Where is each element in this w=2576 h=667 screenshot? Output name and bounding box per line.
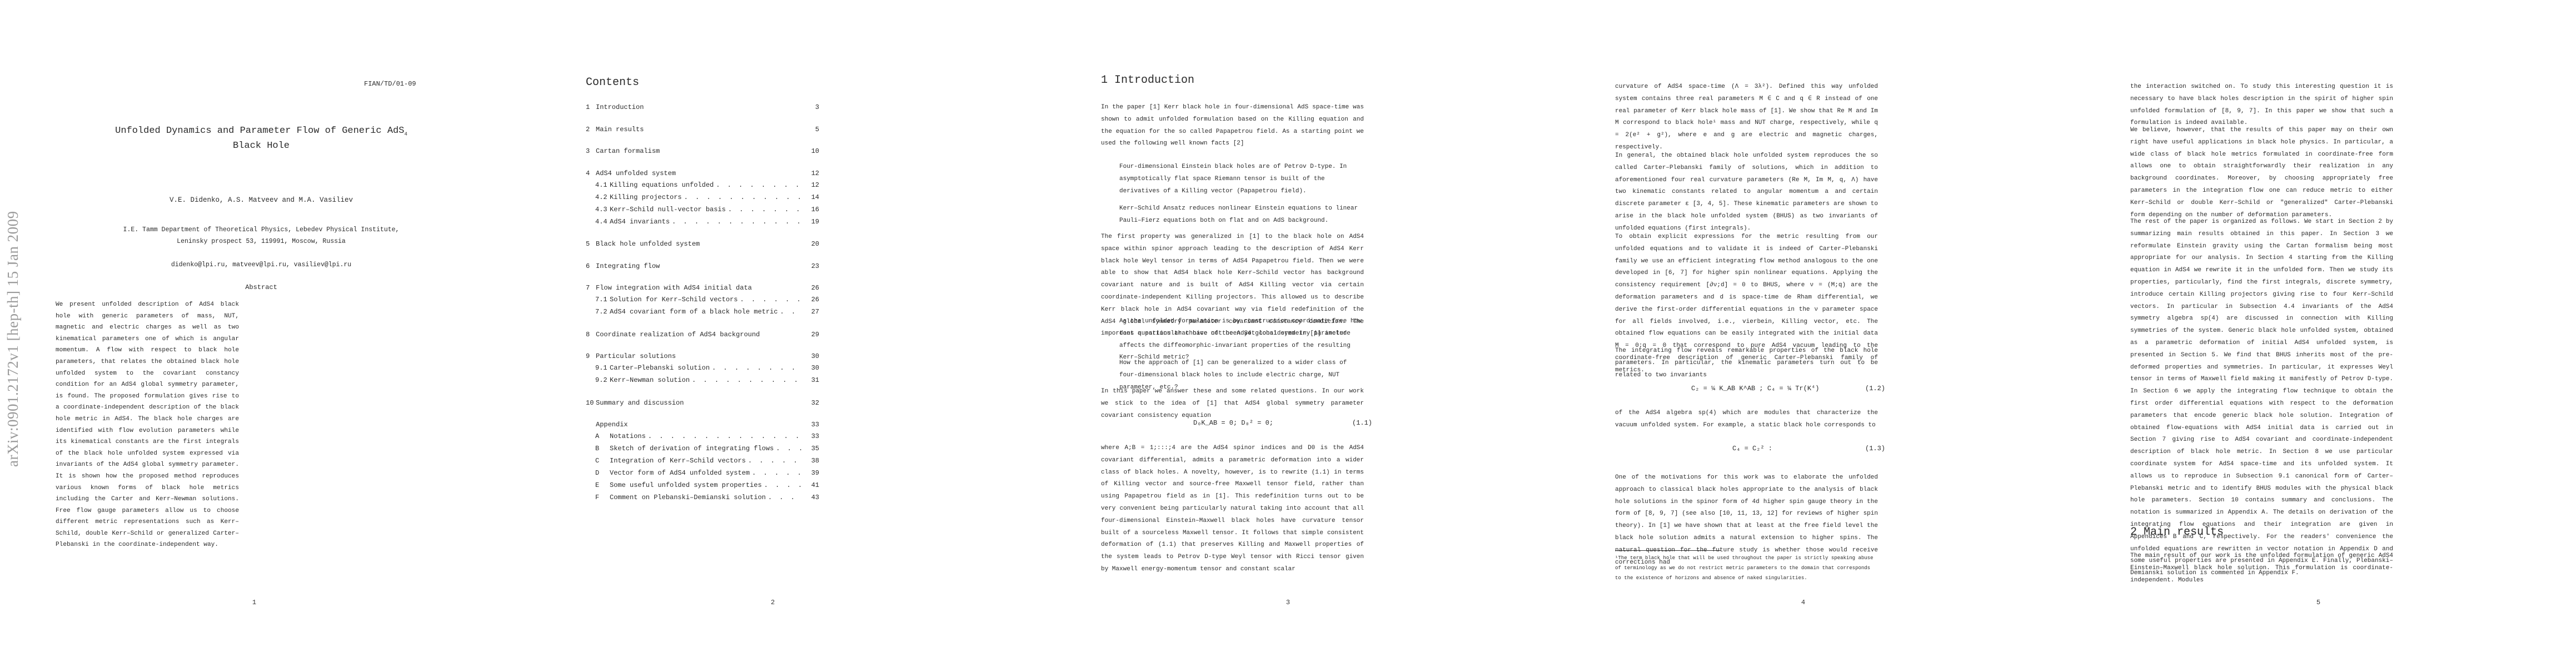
toc-subsection-label: Comment on Plebanski–Demianski solution bbox=[610, 491, 766, 504]
toc-section-entry[interactable]: 1Introduction3 bbox=[586, 102, 819, 113]
toc-subsection-number: F bbox=[595, 491, 610, 504]
toc-page-number: 43 bbox=[806, 491, 819, 504]
toc-section-label: Appendix bbox=[596, 421, 628, 429]
toc-subsection-number: A bbox=[595, 430, 610, 442]
toc-subsection-entry[interactable]: BSketch of derivation of integrating flo… bbox=[586, 442, 819, 455]
toc-section-number: 9 bbox=[586, 351, 596, 362]
quote-item: Kerr–Schild Ansatz reduces nonlinear Ein… bbox=[1119, 203, 1364, 227]
toc-leader-dots: . . . . . . . . . . . . . . . . . . . . … bbox=[780, 306, 804, 318]
toc-leader-dots: . . . . . . . . . . . . . . . . . . . . … bbox=[648, 430, 804, 442]
paragraph: The integrating flow reveals remarkable … bbox=[1615, 345, 1878, 381]
toc-page-number: 30 bbox=[806, 362, 819, 374]
toc-subsection-label: Sketch of derivation of integrating flow… bbox=[610, 442, 774, 455]
toc-page-number: 20 bbox=[806, 238, 819, 250]
equation-1-2: C₂ = ¼ K_AB K^AB ; C₄ = ¼ Tr(K⁴) bbox=[1691, 385, 1819, 392]
toc-page-number: 19 bbox=[806, 216, 819, 228]
paragraph: where A;B = 1;:::;4 are the AdS4 spinor … bbox=[1101, 442, 1364, 576]
toc-section-entry[interactable]: 7Flow integration with AdS4 initial data… bbox=[586, 282, 819, 293]
paragraph: The rest of the paper is organized as fo… bbox=[2130, 216, 2393, 580]
toc-leader-dots: . . . . . . . . . . . . . . . . . . . . … bbox=[764, 479, 804, 491]
equation-1-1: D₀K_AB = 0; D₀² = 0; bbox=[1193, 419, 1273, 427]
toc-section-number: 3 bbox=[586, 146, 596, 157]
toc-subsection-number: D bbox=[595, 467, 610, 479]
toc-subsection-entry[interactable]: 7.2AdS4 covariant form of a black hole m… bbox=[586, 306, 819, 318]
toc-leader-dots: . . . . . . . . . . . . . . . . . . . . … bbox=[728, 203, 804, 216]
footnote-rule bbox=[1615, 550, 1721, 551]
toc-section-number: 7 bbox=[586, 282, 596, 293]
title-line-1: Unfolded Dynamics and Parameter Flow of … bbox=[115, 126, 404, 136]
equation-number: (1.2) bbox=[1865, 385, 1885, 392]
toc-page-number: 12 bbox=[806, 168, 819, 179]
toc-subsection-number: E bbox=[595, 479, 610, 491]
toc-page-number: 10 bbox=[806, 146, 819, 157]
toc-subsection-number: C bbox=[595, 455, 610, 467]
title-line-2: Black Hole bbox=[233, 141, 290, 151]
affiliation-line-2: Leninsky prospect 53, 119991, Moscow, Ru… bbox=[177, 238, 346, 245]
toc-entry-title: 9Particular solutions bbox=[586, 351, 676, 362]
paragraph: In general, the obtained black hole unfo… bbox=[1615, 150, 1878, 235]
toc-entry-title: 7Flow integration with AdS4 initial data bbox=[586, 282, 752, 293]
toc-page-number: 30 bbox=[806, 351, 819, 362]
toc-leader-dots: . . . . . . . . . . . . . . . . . . . . … bbox=[712, 362, 804, 374]
toc-page-number: 27 bbox=[806, 306, 819, 318]
paragraph: In the paper [1] Kerr black hole in four… bbox=[1101, 102, 1364, 150]
toc-subsection-entry[interactable]: ANotations. . . . . . . . . . . . . . . … bbox=[586, 430, 819, 442]
page-4: curvature of AdS4 space-time (Λ = 3λ²). … bbox=[1546, 0, 2061, 667]
toc-subsection-label: Solution for Kerr–Schild vectors bbox=[610, 293, 738, 306]
equation-1-3: C₄ = C₂² : bbox=[1732, 445, 1772, 452]
toc-section-number: 8 bbox=[586, 329, 596, 340]
toc-subsection-number: 9.1 bbox=[595, 362, 610, 374]
toc-entry-title: 5Black hole unfolded system bbox=[586, 238, 700, 250]
author-emails[interactable]: didenko@lpi.ru, matveev@lpi.ru, vasiliev… bbox=[39, 261, 484, 268]
toc-subsection-entry[interactable]: 7.1Solution for Kerr–Schild vectors. . .… bbox=[586, 293, 819, 306]
toc-entry-title: 8Coordinate realization of AdS4 backgrou… bbox=[586, 329, 760, 340]
toc-leader-dots: . . . . . . . . . . . . . . . . . . . . … bbox=[748, 455, 804, 467]
toc-section-entry[interactable]: 3Cartan formalism10 bbox=[586, 146, 819, 157]
toc-subsection-entry[interactable]: 9.2Kerr–Newman solution. . . . . . . . .… bbox=[586, 374, 819, 386]
toc-section-label: Introduction bbox=[596, 103, 644, 111]
toc-leader-dots: . . . . . . . . . . . . . . . . . . . . … bbox=[776, 442, 804, 455]
paragraph: of the AdS4 algebra sp(4) which are modu… bbox=[1615, 407, 1878, 432]
toc-section-label: Main results bbox=[596, 126, 644, 133]
toc-section-entry[interactable]: 6Integrating flow23 bbox=[586, 261, 819, 272]
toc-section-entry[interactable]: 8Coordinate realization of AdS4 backgrou… bbox=[586, 329, 819, 340]
toc-subsection-label: Notations bbox=[610, 430, 646, 442]
toc-subsection-label: Carter–Plebanski solution bbox=[610, 362, 710, 374]
toc-leader-dots: . . . . . . . . . . . . . . . . . . . . … bbox=[752, 467, 804, 479]
equation-number: (1.1) bbox=[1352, 419, 1372, 427]
toc-page-number: 26 bbox=[806, 293, 819, 306]
arxiv-stamp: arXiv:0901.2172v1 [hep-th] 15 Jan 2009 bbox=[4, 211, 22, 467]
toc-page-number: 41 bbox=[806, 479, 819, 491]
page-number: 1 bbox=[0, 599, 512, 606]
toc-section-label: Black hole unfolded system bbox=[596, 240, 700, 248]
toc-entry-title: 2Main results bbox=[586, 124, 644, 135]
paragraph: curvature of AdS4 space-time (Λ = 3λ²). … bbox=[1615, 81, 1878, 154]
authors: V.E. Didenko, A.S. Matveev and M.A. Vasi… bbox=[39, 196, 484, 204]
toc-section-entry[interactable]: Appendix33 bbox=[586, 419, 819, 430]
toc-subsection-entry[interactable]: 4.4AdS4 invariants. . . . . . . . . . . … bbox=[586, 216, 819, 228]
toc-section-label: Particular solutions bbox=[596, 352, 676, 360]
toc-subsection-entry[interactable]: FComment on Plebanski–Demianski solution… bbox=[586, 491, 819, 504]
report-number: FIAN/TD/01-09 bbox=[364, 80, 416, 88]
toc-entry-title: 1Introduction bbox=[586, 102, 644, 113]
toc-subsection-number: 4.2 bbox=[595, 191, 610, 203]
toc-page-number: 35 bbox=[806, 442, 819, 455]
toc-section-number: 4 bbox=[586, 168, 596, 179]
equation-number: (1.3) bbox=[1865, 445, 1885, 452]
table-of-contents: 1Introduction32Main results53Cartan form… bbox=[586, 102, 819, 504]
toc-subsection-entry[interactable]: 4.2Killing projectors. . . . . . . . . .… bbox=[586, 191, 819, 203]
toc-page-number: 39 bbox=[806, 467, 819, 479]
toc-page-number: 29 bbox=[806, 329, 819, 340]
toc-page-number: 12 bbox=[806, 179, 819, 191]
toc-page-number: 33 bbox=[806, 430, 819, 442]
page-5: the interaction switched on. To study th… bbox=[2061, 0, 2576, 667]
toc-section-label: Coordinate realization of AdS4 backgroun… bbox=[596, 331, 760, 339]
toc-section-label: Summary and discussion bbox=[596, 399, 684, 407]
toc-subsection-number: B bbox=[595, 442, 610, 455]
toc-subsection-entry[interactable]: ESome useful unfolded system properties.… bbox=[586, 479, 819, 491]
toc-subsection-label: Some useful unfolded system properties bbox=[610, 479, 762, 491]
toc-subsection-label: Vector form of AdS4 unfolded system bbox=[610, 467, 750, 479]
toc-section-number: 1 bbox=[586, 102, 596, 113]
toc-section-number: 10 bbox=[586, 397, 596, 409]
toc-subsection-entry[interactable]: 4.1Killing equations unfolded. . . . . .… bbox=[586, 179, 819, 191]
toc-subsection-label: Integration of Kerr–Schild vectors bbox=[610, 455, 746, 467]
footnote: ¹The term black hole that will be used t… bbox=[1615, 553, 1878, 583]
toc-page-number: 14 bbox=[806, 191, 819, 203]
toc-page-number: 5 bbox=[806, 124, 819, 135]
toc-page-number: 32 bbox=[806, 397, 819, 409]
toc-entry-title: 10Summary and discussion bbox=[586, 397, 684, 409]
toc-leader-dots: . . . . . . . . . . . . . . . . . . . . … bbox=[684, 191, 804, 203]
toc-subsection-number: 4.4 bbox=[595, 216, 610, 228]
toc-subsection-number: 4.3 bbox=[595, 203, 610, 216]
toc-section-entry[interactable]: 10Summary and discussion32 bbox=[586, 397, 819, 409]
toc-subsection-entry[interactable]: 9.1Carter–Plebanski solution. . . . . . … bbox=[586, 362, 819, 374]
toc-page-number: 38 bbox=[806, 455, 819, 467]
toc-section-label: Cartan formalism bbox=[596, 147, 660, 155]
toc-subsection-number: 7.2 bbox=[595, 306, 610, 318]
toc-page-number: 26 bbox=[806, 282, 819, 293]
toc-section-number: 5 bbox=[586, 238, 596, 250]
toc-page-number: 3 bbox=[806, 102, 819, 113]
toc-page-number: 16 bbox=[806, 203, 819, 216]
toc-subsection-label: AdS4 invariants bbox=[610, 216, 670, 228]
toc-subsection-number: 9.2 bbox=[595, 374, 610, 386]
toc-section-label: Integrating flow bbox=[596, 262, 660, 270]
toc-entry-title: Appendix bbox=[586, 419, 628, 430]
paragraph: In this paper we answer these and some r… bbox=[1101, 386, 1364, 422]
toc-entry-title: 3Cartan formalism bbox=[586, 146, 660, 157]
toc-leader-dots: . . . . . . . . . . . . . . . . . . . . … bbox=[692, 374, 804, 386]
paragraph: the interaction switched on. To study th… bbox=[2130, 81, 2393, 130]
toc-subsection-entry[interactable]: DVector form of AdS4 unfolded system. . … bbox=[586, 467, 819, 479]
contents-heading: Contents bbox=[586, 76, 639, 89]
toc-subsection-number: 7.1 bbox=[595, 293, 610, 306]
quote-item: Four-dimensional Einstein black holes ar… bbox=[1119, 161, 1364, 197]
section-heading-introduction: 1 Introduction bbox=[1101, 74, 1194, 87]
page-number: 5 bbox=[2061, 599, 2576, 606]
toc-section-label: AdS4 unfolded system bbox=[596, 170, 676, 177]
toc-leader-dots: . . . . . . . . . . . . . . . . . . . . … bbox=[768, 491, 804, 504]
page-number: 2 bbox=[515, 599, 1030, 606]
toc-page-number: 33 bbox=[806, 419, 819, 430]
paragraph: We believe, however, that the results of… bbox=[2130, 125, 2393, 221]
affiliation: I.E. Tamm Department of Theoretical Phys… bbox=[39, 224, 484, 247]
affiliation-line-1: I.E. Tamm Department of Theoretical Phys… bbox=[123, 226, 400, 233]
toc-leader-dots: . . . . . . . . . . . . . . . . . . . . … bbox=[740, 293, 804, 306]
toc-subsection-label: Kerr–Newman solution bbox=[610, 374, 690, 386]
toc-entry-title: 6Integrating flow bbox=[586, 261, 660, 272]
toc-subsection-label: Killing projectors bbox=[610, 191, 682, 203]
toc-section-number: 6 bbox=[586, 261, 596, 272]
paragraph: The main result of our work is the unfol… bbox=[2130, 550, 2393, 586]
toc-subsection-label: AdS4 covariant form of a black hole metr… bbox=[610, 306, 778, 318]
page-1: arXiv:0901.2172v1 [hep-th] 15 Jan 2009 F… bbox=[0, 0, 515, 667]
toc-subsection-number: 4.1 bbox=[595, 179, 610, 191]
toc-entry-title: 4AdS4 unfolded system bbox=[586, 168, 676, 179]
toc-section-entry[interactable]: 4AdS4 unfolded system12 bbox=[586, 168, 819, 179]
toc-subsection-entry[interactable]: 4.3Kerr–Schild null-vector basis. . . . … bbox=[586, 203, 819, 216]
page-3: 1 Introduction In the paper [1] Kerr bla… bbox=[1030, 0, 1546, 667]
toc-subsection-label: Kerr–Schild null-vector basis bbox=[610, 203, 726, 216]
abstract-text: We present unfolded description of AdS4 … bbox=[56, 299, 239, 551]
page-number: 3 bbox=[1030, 599, 1546, 606]
toc-section-entry[interactable]: 5Black hole unfolded system20 bbox=[586, 238, 819, 250]
toc-subsection-label: Killing equations unfolded bbox=[610, 179, 714, 191]
paper-title: Unfolded Dynamics and Parameter Flow of … bbox=[39, 125, 484, 152]
toc-page-number: 23 bbox=[806, 261, 819, 272]
toc-section-entry[interactable]: 9Particular solutions30 bbox=[586, 351, 819, 362]
section-heading-main-results: 2 Main results bbox=[2130, 526, 2224, 539]
toc-page-number: 31 bbox=[806, 374, 819, 386]
toc-leader-dots: . . . . . . . . . . . . . . . . . . . . … bbox=[672, 216, 804, 228]
page-number: 4 bbox=[1546, 599, 2061, 606]
page-2: Contents 1Introduction32Main results53Ca… bbox=[515, 0, 1030, 667]
abstract-heading: Abstract bbox=[39, 283, 484, 291]
toc-section-label: Flow integration with AdS4 initial data bbox=[596, 284, 752, 292]
toc-section-number: 2 bbox=[586, 124, 596, 135]
toc-section-entry[interactable]: 2Main results5 bbox=[586, 124, 819, 135]
title-subscript: 4 bbox=[404, 131, 407, 137]
toc-leader-dots: . . . . . . . . . . . . . . . . . . . . … bbox=[716, 179, 804, 191]
toc-subsection-entry[interactable]: CIntegration of Kerr–Schild vectors. . .… bbox=[586, 455, 819, 467]
